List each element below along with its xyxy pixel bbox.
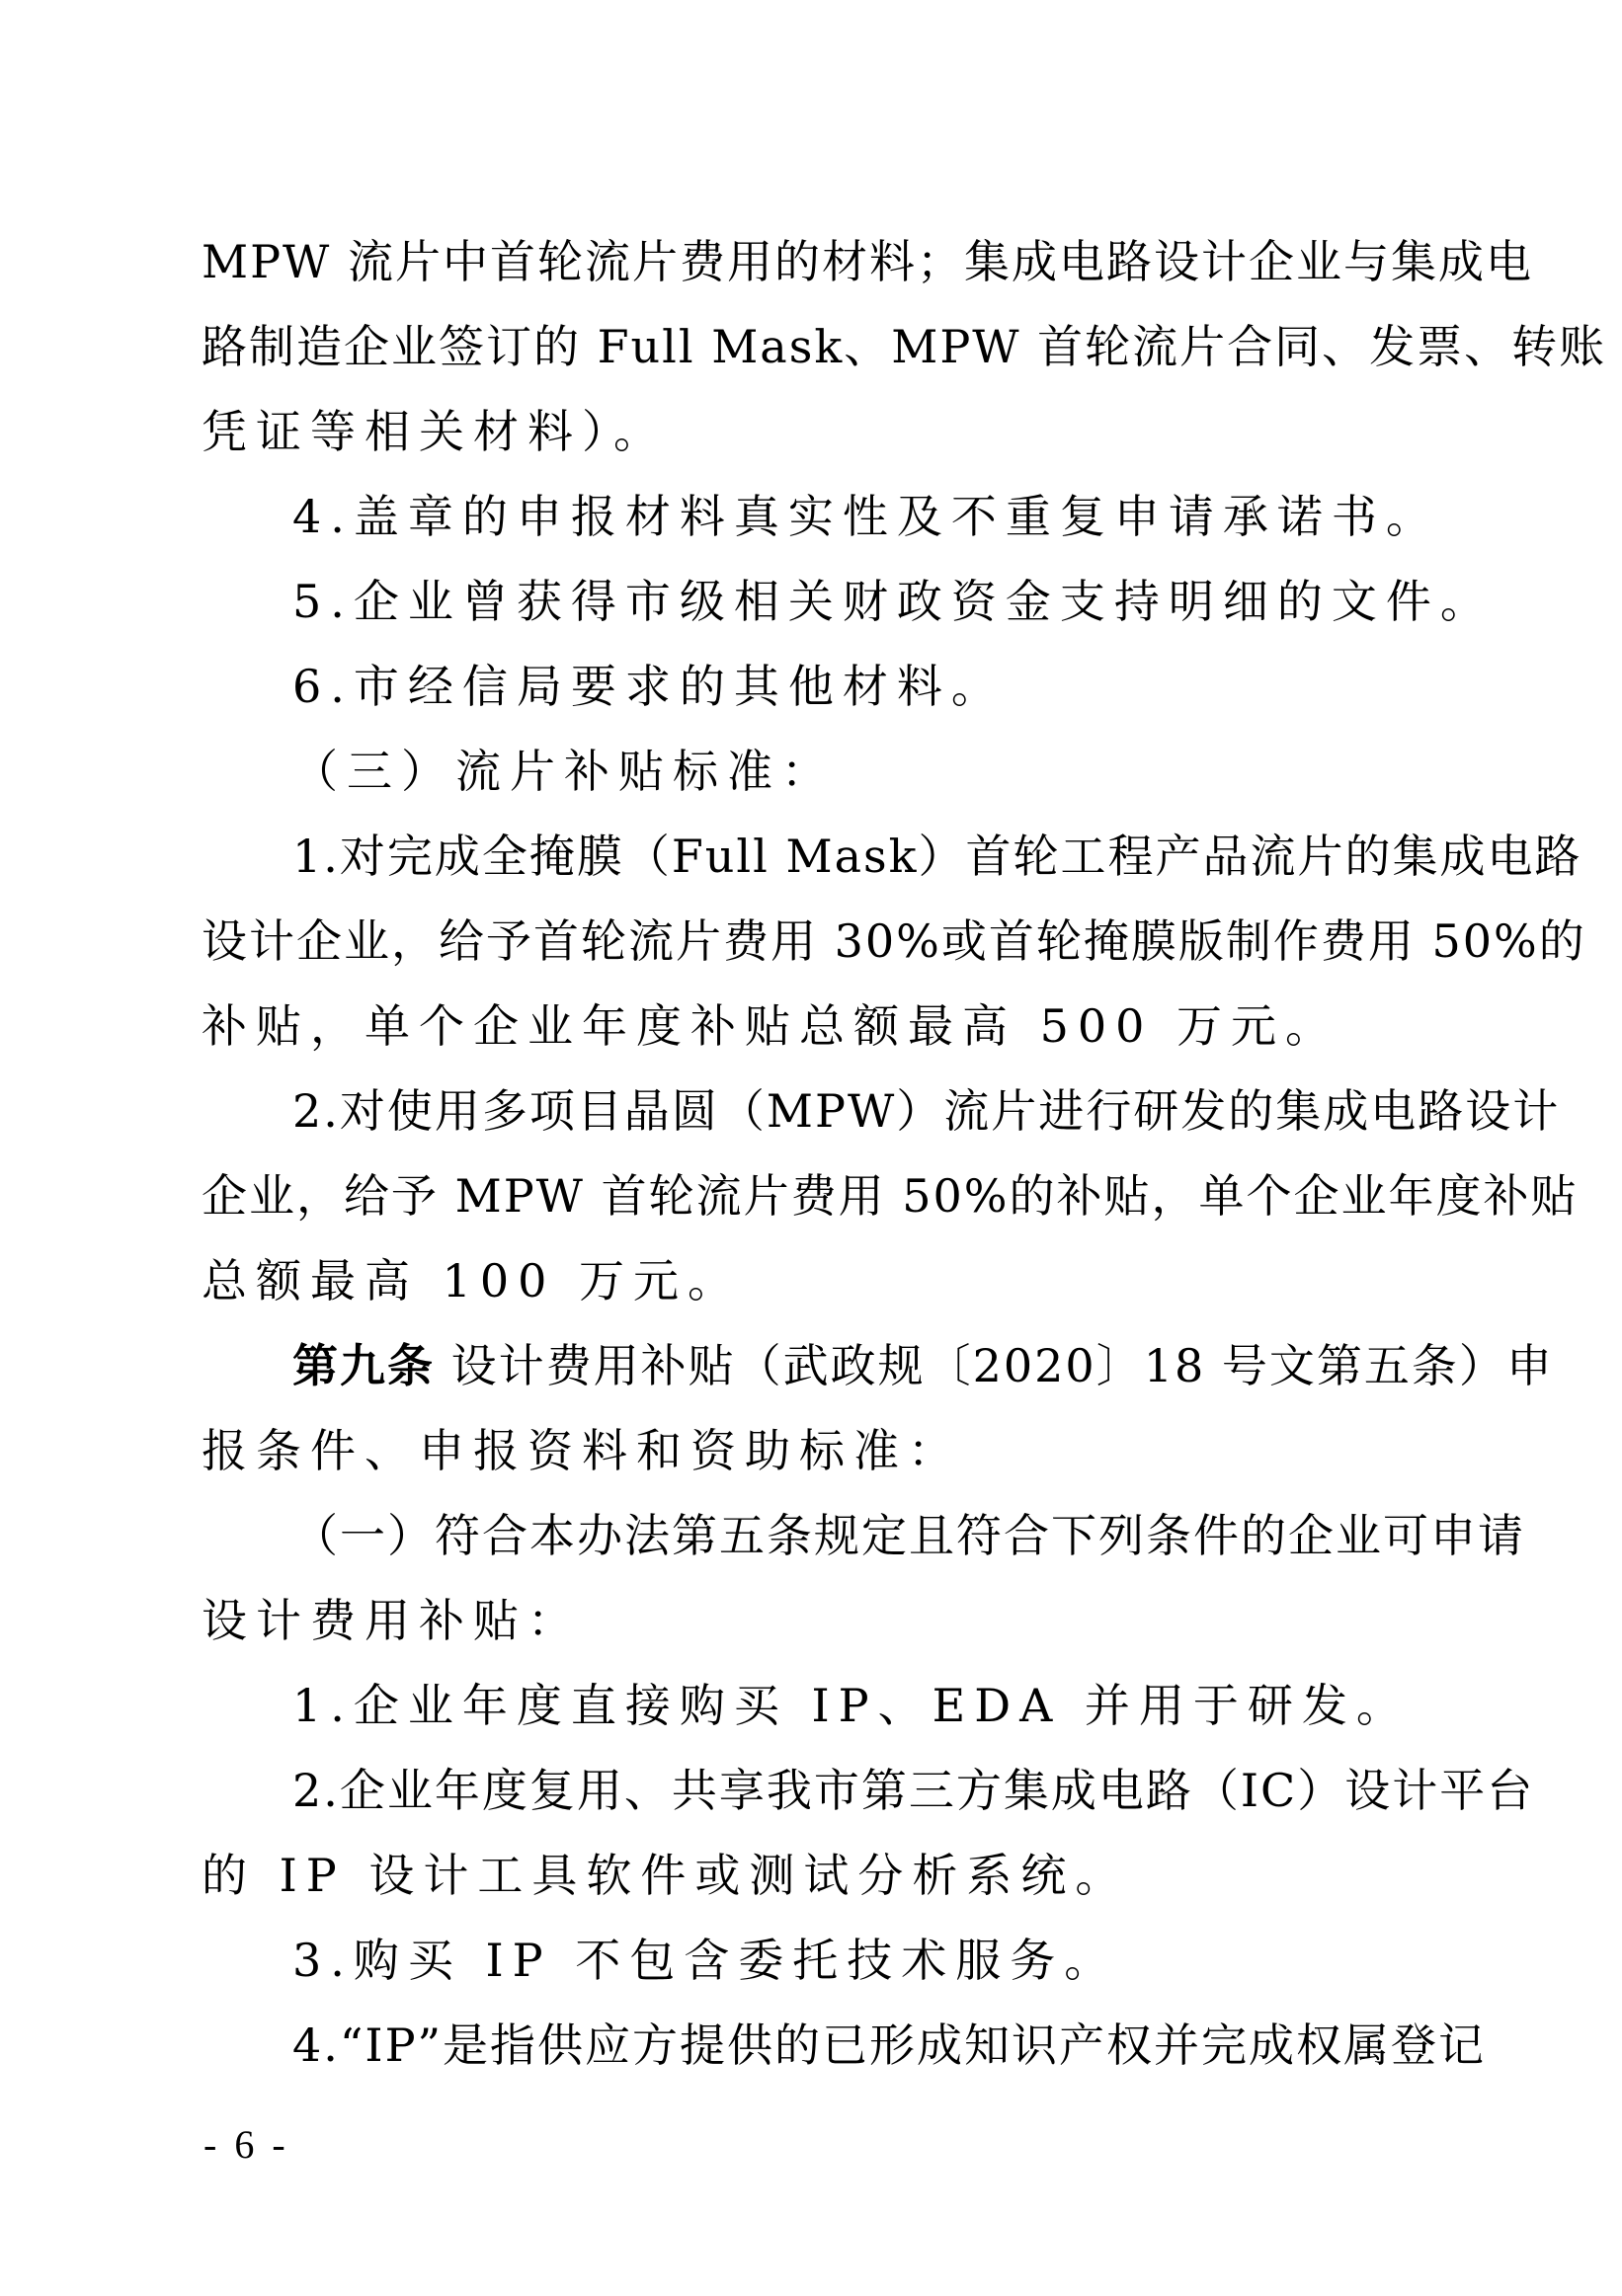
paragraph-line: 凭证等相关材料）。	[202, 389, 1430, 474]
page-number: - 6 -	[203, 2121, 289, 2168]
paragraph-line: 企业，给予 MPW 首轮流片费用 50%的补贴，单个企业年度补贴	[202, 1153, 1430, 1238]
paragraph-line: 报条件、申报资料和资助标准：	[202, 1408, 1430, 1493]
paragraph-line: 设计费用补贴：	[202, 1578, 1430, 1663]
list-item-4: 4.盖章的申报材料真实性及不重复申请承诺书。	[202, 474, 1430, 559]
document-body: MPW 流片中首轮流片费用的材料；集成电路设计企业与集成电 路制造企业签订的 F…	[202, 219, 1430, 2088]
paragraph-line: 总额最高 100 万元。	[202, 1238, 1430, 1323]
article-number: 第九条	[292, 1339, 435, 1392]
list-item-5: 5.企业曾获得市级相关财政资金支持明细的文件。	[202, 559, 1430, 644]
paragraph-line: MPW 流片中首轮流片费用的材料；集成电路设计企业与集成电	[202, 219, 1430, 304]
condition-item-4: 4.“IP”是指供应方提供的已形成知识产权并完成权属登记	[202, 2003, 1430, 2088]
list-item-6: 6.市经信局要求的其他材料。	[202, 644, 1430, 729]
section-heading-1: （一）符合本办法第五条规定且符合下列条件的企业可申请	[202, 1493, 1430, 1578]
condition-item-2: 2.企业年度复用、共享我市第三方集成电路（IC）设计平台	[202, 1748, 1430, 1833]
standard-item-1: 1.对完成全掩膜（Full Mask）首轮工程产品流片的集成电路	[202, 814, 1430, 899]
paragraph-line: 路制造企业签订的 Full Mask、MPW 首轮流片合同、发票、转账	[202, 304, 1430, 389]
condition-item-3: 3.购买 IP 不包含委托技术服务。	[202, 1918, 1430, 2003]
paragraph-line: 的 IP 设计工具软件或测试分析系统。	[202, 1833, 1430, 1918]
article-title: 设计费用补贴（武政规〔2020〕18 号文第五条）申	[435, 1339, 1554, 1392]
paragraph-line: 设计企业，给予首轮流片费用 30%或首轮掩膜版制作费用 50%的	[202, 899, 1430, 984]
document-page: MPW 流片中首轮流片费用的材料；集成电路设计企业与集成电 路制造企业签订的 F…	[0, 0, 1622, 2296]
standard-item-2: 2.对使用多项目晶圆（MPW）流片进行研发的集成电路设计	[202, 1069, 1430, 1153]
paragraph-line: 补贴，单个企业年度补贴总额最高 500 万元。	[202, 984, 1430, 1069]
article-9-heading: 第九条 设计费用补贴（武政规〔2020〕18 号文第五条）申	[202, 1323, 1430, 1408]
condition-item-1: 1.企业年度直接购买 IP、EDA 并用于研发。	[202, 1663, 1430, 1748]
section-heading-3: （三）流片补贴标准：	[202, 729, 1430, 814]
